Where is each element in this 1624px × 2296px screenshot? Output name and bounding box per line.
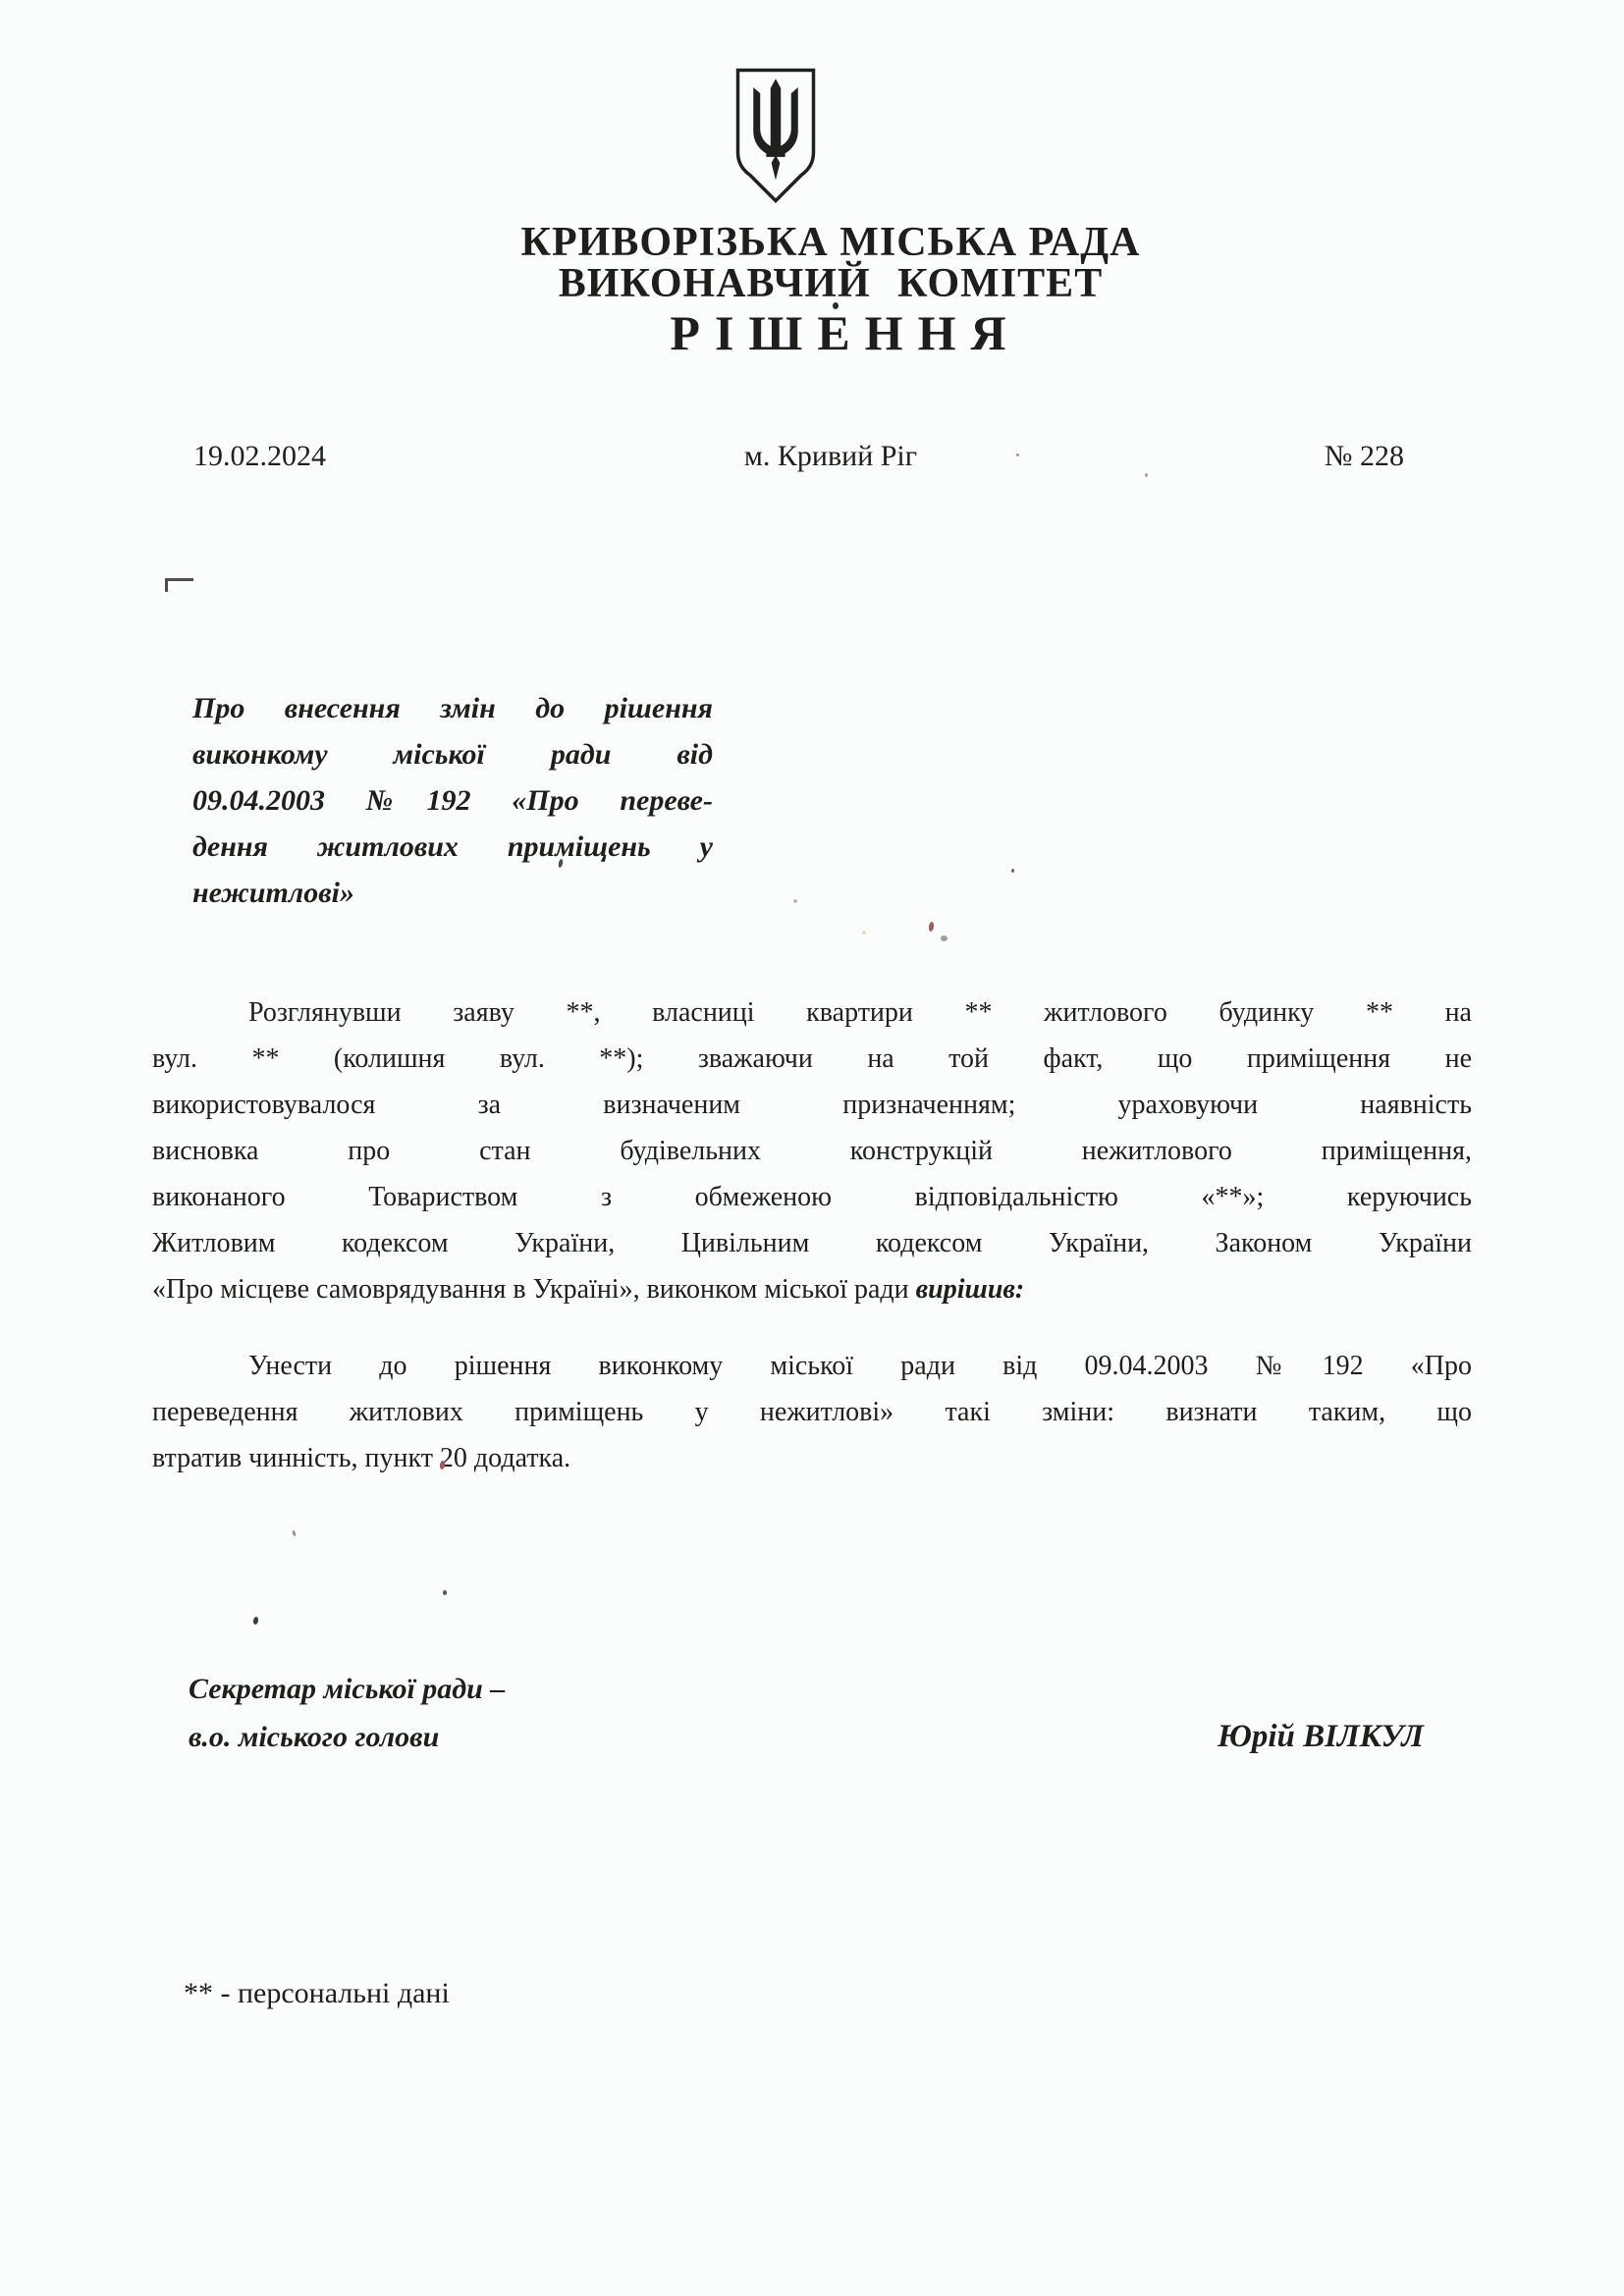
- subject-line: виконкому міської ради від: [192, 731, 713, 777]
- body-line: втратив чинність, пункт 20 додатка.: [152, 1435, 1472, 1481]
- scanned-decision-page: КРИВОРІЗЬКА МІСЬКА РАДА ВИКОНАВЧИЙ КОМІТ…: [0, 0, 1624, 2296]
- scan-speck: [1011, 869, 1014, 873]
- document-meta-row: 19.02.2024 м. Кривий Ріг № 228: [0, 440, 1624, 481]
- subject-block: Про внесення змін до рішення виконкому м…: [192, 685, 713, 916]
- decision-verb: вирішив:: [916, 1274, 1025, 1305]
- scan-speck: [1145, 473, 1148, 477]
- body-line: вул. ** (колишня вул. **); зважаючи на т…: [152, 1036, 1472, 1082]
- signatory-name: Юрій ВІЛКУЛ: [1218, 1713, 1424, 1761]
- body-line: Унести до рішення виконкому міської ради…: [152, 1343, 1472, 1389]
- body-line: «Про місцеве самоврядування в Україні», …: [152, 1266, 1472, 1312]
- body-line: висновка про стан будівельних конструкці…: [152, 1128, 1472, 1174]
- scan-speck: [292, 1530, 297, 1537]
- scan-speck: [833, 302, 839, 309]
- scan-speck: [862, 931, 866, 934]
- subject-line: дення житлових приміщень у: [192, 824, 713, 870]
- signatory-role-line2: в.о. міського голови: [189, 1713, 505, 1761]
- scan-speck: [928, 922, 934, 933]
- scan-speck: [443, 1590, 447, 1595]
- scan-speck: [252, 1617, 258, 1626]
- council-name: КРИВОРІЗЬКА МІСЬКА РАДА: [19, 220, 1624, 265]
- body-line: переведення житлових приміщень у нежитло…: [152, 1389, 1472, 1435]
- subject-line: Про внесення змін до рішення: [192, 685, 713, 731]
- body-line: Житловим кодексом України, Цивільним код…: [152, 1220, 1472, 1266]
- paragraph-decision: Унести до рішення виконкому міської ради…: [152, 1343, 1472, 1481]
- signatory-role-line1: Секретар міської ради –: [189, 1665, 505, 1713]
- subject-line: 09.04.2003 №192 «Про переве-: [192, 777, 713, 824]
- body-line-text: «Про місцеве самоврядування в Україні», …: [152, 1274, 916, 1305]
- scan-speck: [941, 935, 947, 941]
- document-number: № 228: [1325, 440, 1404, 473]
- signature-block: Секретар міської ради – в.о. міського го…: [189, 1665, 1473, 1761]
- body-line: Розглянувши заяву **, власниці квартири …: [152, 989, 1472, 1036]
- scan-corner-mark: [165, 578, 193, 592]
- document-type-title: РІШЕННЯ: [19, 306, 1624, 360]
- body-line: використовувалося за визначеним призначе…: [152, 1082, 1472, 1128]
- committee-name: ВИКОНАВЧИЙ КОМІТЕТ: [19, 261, 1624, 306]
- paragraph-considerations: Розглянувши заяву **, власниці квартири …: [152, 989, 1472, 1312]
- scan-speck: [1016, 454, 1019, 456]
- subject-line: нежитлові»: [192, 870, 713, 916]
- body-line: виконаного Товариством з обмеженою відпо…: [152, 1174, 1472, 1220]
- ukraine-coat-of-arms-icon: [732, 67, 819, 204]
- signatory-role: Секретар міської ради – в.о. міського го…: [189, 1665, 505, 1761]
- personal-data-footnote: ** - персональні дані: [184, 1977, 450, 2010]
- scan-speck: [793, 899, 797, 903]
